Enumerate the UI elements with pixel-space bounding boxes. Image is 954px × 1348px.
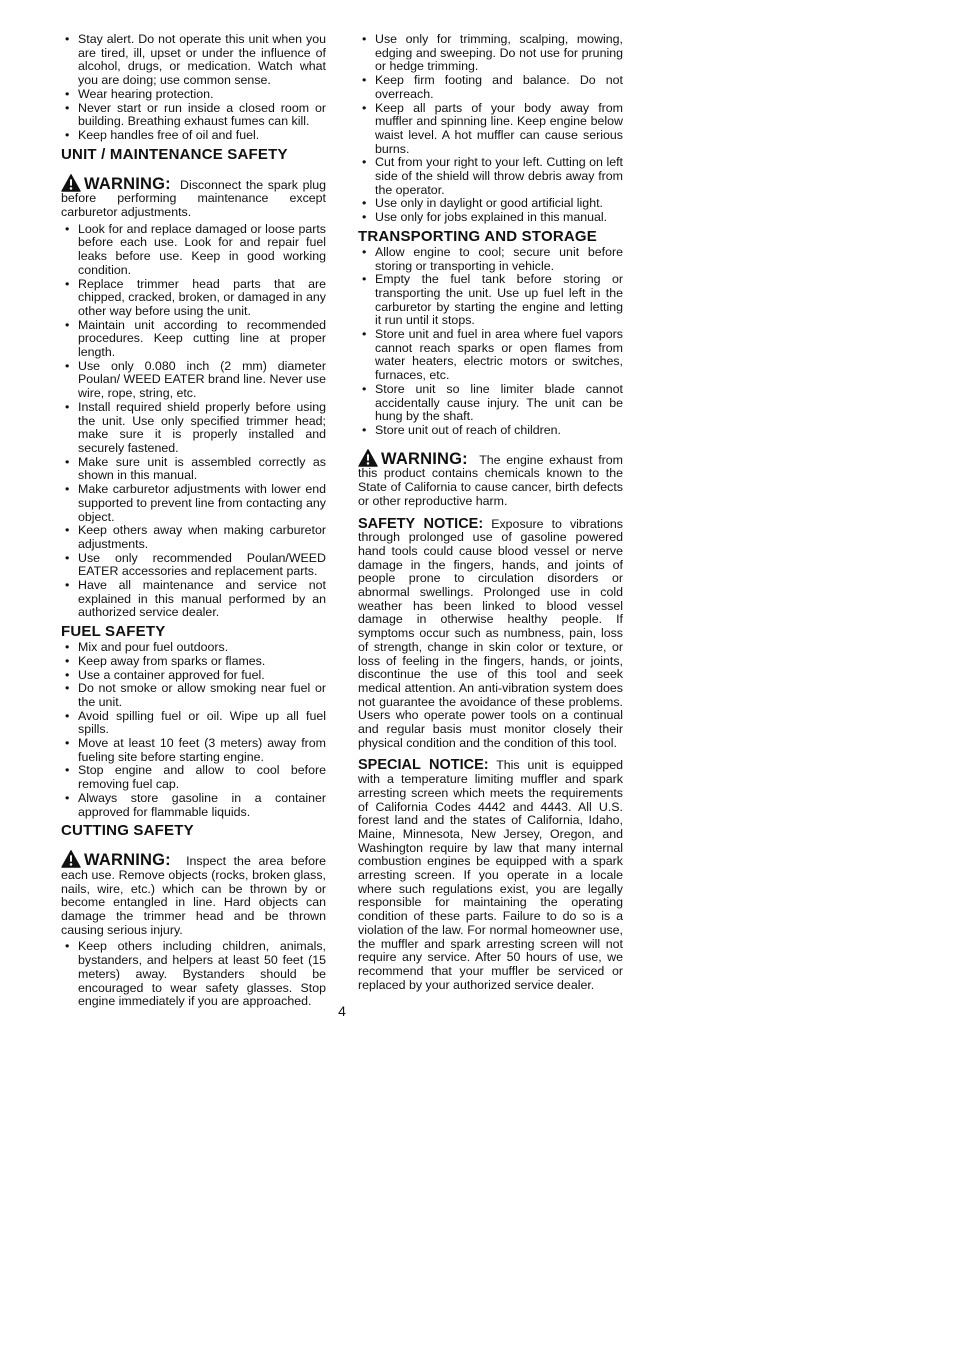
list-item: Maintain unit according to recommended p… xyxy=(61,319,326,360)
list-item: Replace trimmer head parts that are chip… xyxy=(61,278,326,319)
page-number: 4 xyxy=(61,1003,623,1019)
safety-notice-label: SAFETY NOTICE: xyxy=(358,516,483,532)
unit-maintenance-bullet-list: Look for and replace damaged or loose pa… xyxy=(61,223,326,620)
transporting-storage-bullet-list: Allow engine to cool; secure unit before… xyxy=(358,246,623,438)
list-item: Keep others including children, animals,… xyxy=(61,940,326,1009)
safety-notice-paragraph: SAFETY NOTICE: Exposure to vibrations th… xyxy=(358,518,623,751)
list-item: Have all maintenance and service not exp… xyxy=(61,579,326,620)
transporting-storage-heading: TRANSPORTING AND STORAGE xyxy=(358,228,623,245)
list-item: Always store gasoline in a container app… xyxy=(61,792,326,819)
warning-triangle-icon xyxy=(358,449,378,467)
list-item: Use only 0.080 inch (2 mm) diameter Poul… xyxy=(61,360,326,401)
cutting-safety-bullet-list-continued: Use only for trimming, scalping, mowing,… xyxy=(358,33,623,225)
left-column: Stay alert. Do not operate this unit whe… xyxy=(61,33,326,1009)
exhaust-warning-paragraph: WARNING:The engine exhaust from this pro… xyxy=(358,449,623,509)
special-notice-text: This unit is equipped with a temperature… xyxy=(358,758,623,991)
list-item: Keep handles free of oil and fuel. xyxy=(61,129,326,143)
list-item: Store unit so line limiter blade cannot … xyxy=(358,383,623,424)
fuel-safety-bullet-list: Mix and pour fuel outdoors. Keep away fr… xyxy=(61,641,326,819)
list-item: Use a container approved for fuel. xyxy=(61,669,326,683)
unit-warning-paragraph: WARNING:Disconnect the spark plug before… xyxy=(61,174,326,220)
list-item: Use only recommended Poulan/WEED EATER a… xyxy=(61,552,326,579)
list-item: Use only for trimming, scalping, mowing,… xyxy=(358,33,623,74)
list-item: Store unit and fuel in area where fuel v… xyxy=(358,328,623,383)
list-item: Use only in daylight or good artificial … xyxy=(358,197,623,211)
list-item: Use only for jobs explained in this manu… xyxy=(358,211,623,225)
list-item: Do not smoke or allow smoking near fuel … xyxy=(61,682,326,709)
fuel-safety-heading: FUEL SAFETY xyxy=(61,623,326,640)
list-item: Install required shield properly before … xyxy=(61,401,326,456)
list-item: Make sure unit is assembled correctly as… xyxy=(61,456,326,483)
manual-page: Stay alert. Do not operate this unit whe… xyxy=(0,0,954,1348)
list-item: Stay alert. Do not operate this unit whe… xyxy=(61,33,326,88)
list-item: Empty the fuel tank before storing or tr… xyxy=(358,273,623,328)
list-item: Move at least 10 feet (3 meters) away fr… xyxy=(61,737,326,764)
list-item: Store unit out of reach of children. xyxy=(358,424,623,438)
list-item: Look for and replace damaged or loose pa… xyxy=(61,223,326,278)
cutting-warning-paragraph: WARNING:Inspect the area before each use… xyxy=(61,850,326,937)
cutting-safety-heading: CUTTING SAFETY xyxy=(61,822,326,839)
list-item: Keep all parts of your body away from mu… xyxy=(358,102,623,157)
list-item: Cut from your right to your left. Cuttin… xyxy=(358,156,623,197)
warning-triangle-icon xyxy=(61,850,81,868)
unit-maintenance-safety-heading: UNIT / MAINTENANCE SAFETY xyxy=(61,146,326,163)
operator-safety-bullet-list: Stay alert. Do not operate this unit whe… xyxy=(61,33,326,143)
warning-label: WARNING: xyxy=(84,175,171,193)
list-item: Allow engine to cool; secure unit before… xyxy=(358,246,623,273)
page-content: Stay alert. Do not operate this unit whe… xyxy=(61,33,623,1009)
list-item: Mix and pour fuel outdoors. xyxy=(61,641,326,655)
warning-label: WARNING: xyxy=(381,450,468,468)
list-item: Stop engine and allow to cool before rem… xyxy=(61,764,326,791)
right-column: Use only for trimming, scalping, mowing,… xyxy=(358,33,623,1009)
list-item: Make carburetor adjustments with lower e… xyxy=(61,483,326,524)
list-item: Keep others away when making carburetor … xyxy=(61,524,326,551)
list-item: Avoid spilling fuel or oil. Wipe up all … xyxy=(61,710,326,737)
cutting-safety-bullet-list: Keep others including children, animals,… xyxy=(61,940,326,1009)
warning-label: WARNING: xyxy=(84,851,171,869)
list-item: Never start or run inside a closed room … xyxy=(61,102,326,129)
list-item: Keep firm footing and balance. Do not ov… xyxy=(358,74,623,101)
list-item: Keep away from sparks or flames. xyxy=(61,655,326,669)
list-item: Wear hearing protection. xyxy=(61,88,326,102)
safety-notice-text: Exposure to vibrations through prolonged… xyxy=(358,517,623,750)
special-notice-label: SPECIAL NOTICE: xyxy=(358,757,489,773)
special-notice-paragraph: SPECIAL NOTICE: This unit is equipped wi… xyxy=(358,759,623,992)
warning-triangle-icon xyxy=(61,174,81,192)
